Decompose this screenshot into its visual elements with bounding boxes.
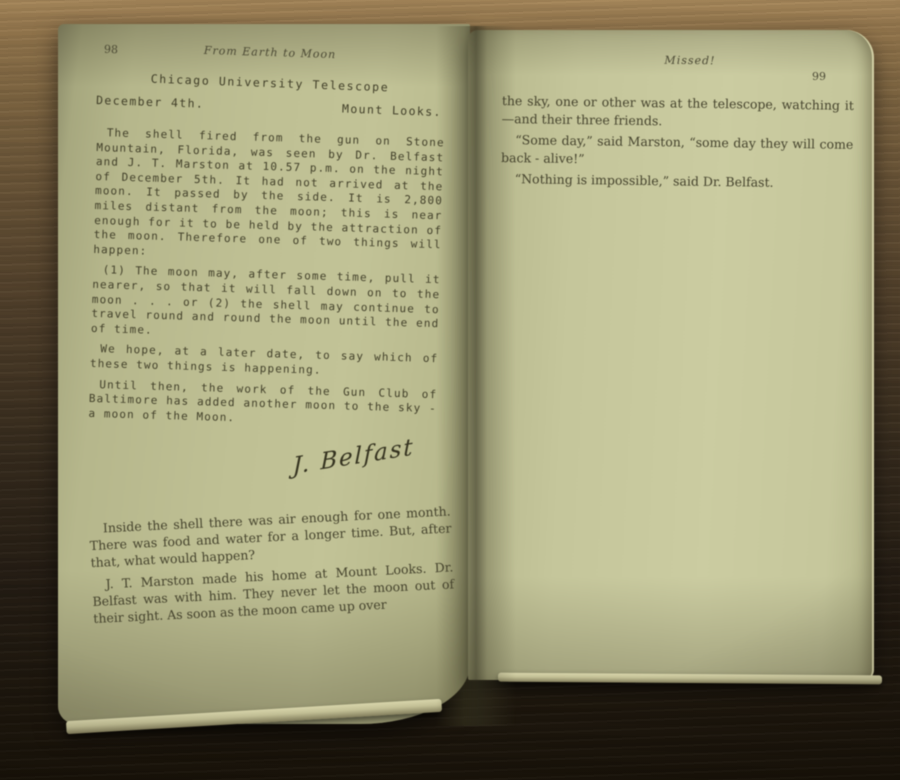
letter-body: The shell fired from the gun on Stone Mo… <box>88 126 445 437</box>
open-book: 98 From Earth to Moon Chicago University… <box>0 0 900 780</box>
left-page-number: 98 <box>104 43 118 56</box>
letter-paragraph: The shell fired from the gun on Stone Mo… <box>93 126 445 268</box>
book-photo: 98 From Earth to Moon Chicago University… <box>0 0 900 780</box>
right-page-body: the sky, one or other was at the telesco… <box>501 92 854 196</box>
body-paragraph: “Some day,” said Marston, “some day they… <box>501 131 853 171</box>
letter-paragraph: (1) The moon may, after some time, pull … <box>91 263 441 346</box>
body-paragraph: “Nothing is impossible,” said Dr. Belfas… <box>501 170 853 192</box>
body-paragraph: the sky, one or other was at the telesco… <box>502 92 854 132</box>
right-page-header: Missed! <box>560 53 820 69</box>
right-running-head: Missed! <box>560 53 820 69</box>
letter-paragraph: Until then, the work of the Gun Club of … <box>88 377 437 431</box>
left-page-body: Inside the shell there was air enough fo… <box>89 502 456 632</box>
right-page-number: 99 <box>812 70 826 83</box>
letter-paragraph: We hope, at a later date, to say which o… <box>90 342 439 381</box>
right-page-edge-stack <box>498 673 882 685</box>
body-paragraph: J. T. Marston made his home at Mount Loo… <box>91 558 455 627</box>
